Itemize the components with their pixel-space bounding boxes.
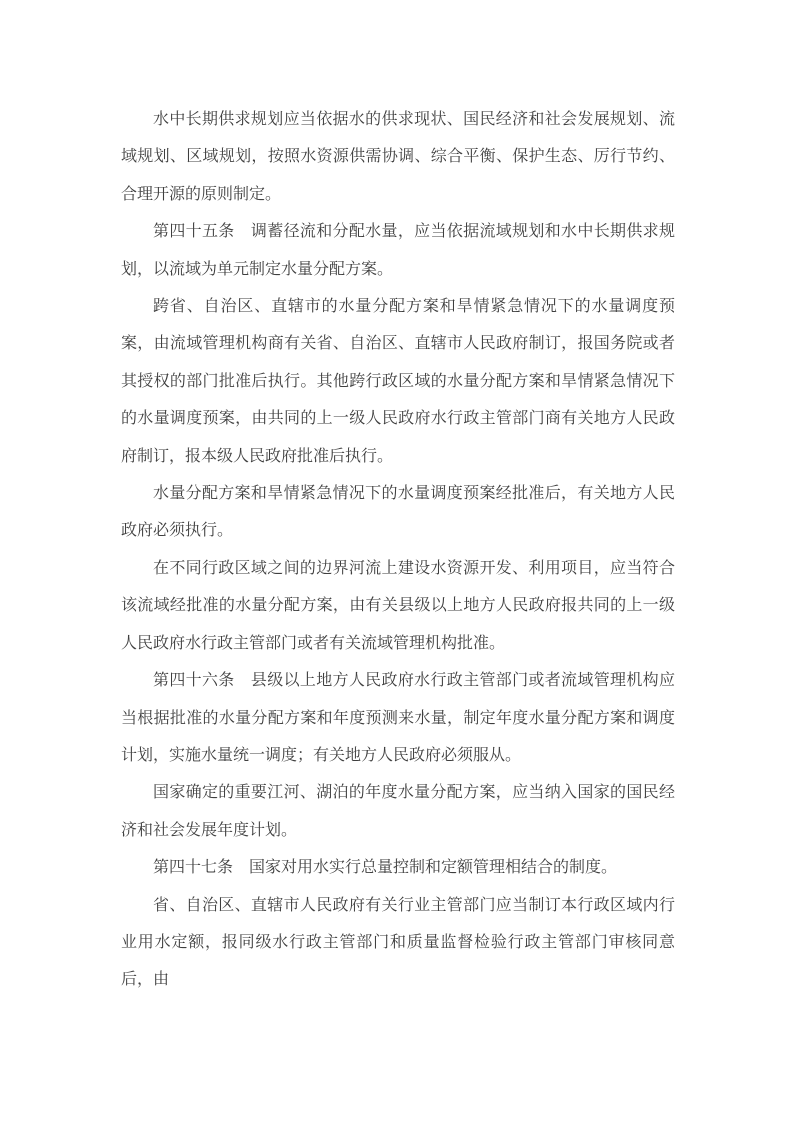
document-body: 水中长期供求规划应当依据水的供求现状、国民经济和社会发展规划、流域规划、区域规划… [121,101,675,999]
paragraph-article-46: 第四十六条 县级以上地方人民政府水行政主管部门或者流域管理机构应当根据批准的水量… [121,662,675,774]
document-page: 水中长期供求规划应当依据水的供求现状、国民经济和社会发展规划、流域规划、区域规划… [0,0,793,1122]
paragraph-water-supply-demand-planning: 水中长期供求规划应当依据水的供求现状、国民经济和社会发展规划、流域规划、区域规划… [121,101,675,213]
paragraph-article-45: 第四十五条 调蓄径流和分配水量，应当依据流域规划和水中长期供求规划，以流域为单元… [121,213,675,288]
paragraph-industry-water-quota: 省、自治区、直辖市人民政府有关行业主管部门应当制订本行政区域内行业用水定额，报同… [121,887,675,999]
paragraph-scheme-implementation: 水量分配方案和旱情紧急情况下的水量调度预案经批准后，有关地方人民政府必须执行。 [121,475,675,550]
paragraph-national-annual-plan: 国家确定的重要江河、湖泊的年度水量分配方案，应当纳入国家的国民经济和社会发展年度… [121,774,675,849]
paragraph-article-47: 第四十七条 国家对用水实行总量控制和定额管理相结合的制度。 [121,849,675,886]
paragraph-border-river-projects: 在不同行政区域之间的边界河流上建设水资源开发、利用项目，应当符合该流域经批准的水… [121,550,675,662]
paragraph-water-allocation-scheme: 跨省、自治区、直辖市的水量分配方案和旱情紧急情况下的水量调度预案，由流域管理机构… [121,288,675,475]
